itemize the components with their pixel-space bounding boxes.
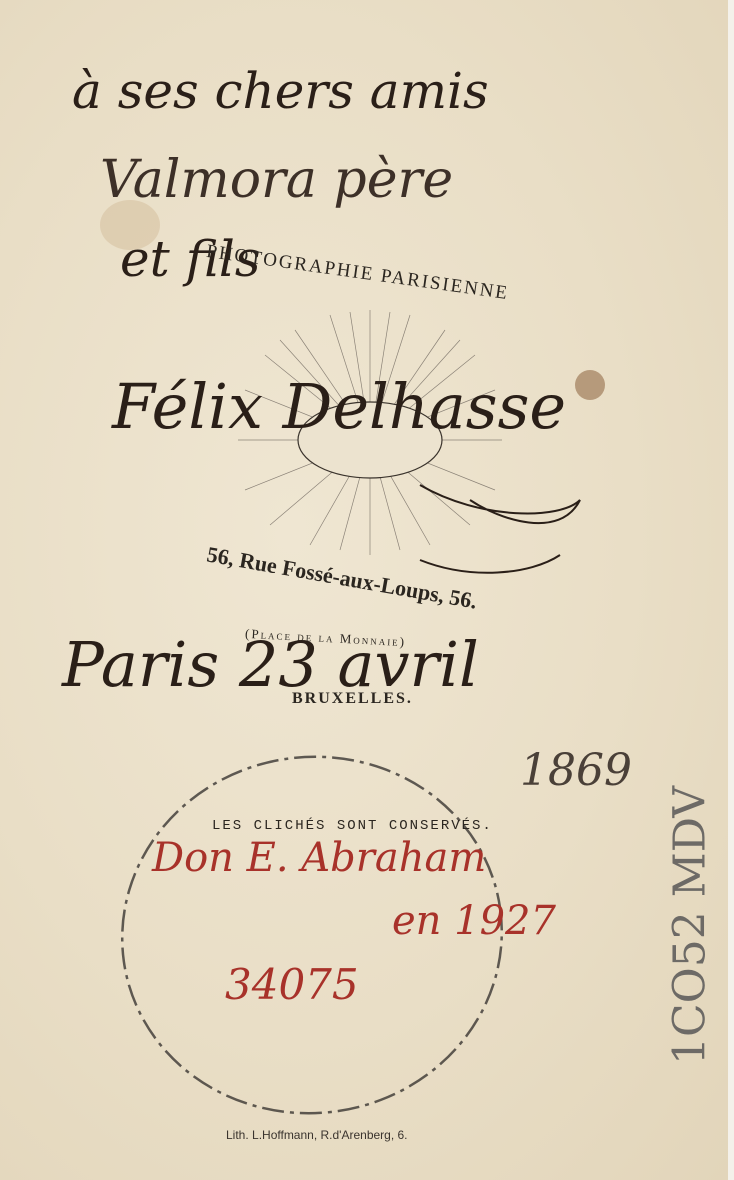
place-date: Paris 23 avril xyxy=(62,628,479,701)
donation-year: en 1927 xyxy=(392,898,556,944)
year: 1869 xyxy=(520,745,632,796)
inventory-number: 34075 xyxy=(225,960,359,1009)
scan-edge xyxy=(728,0,734,1180)
donation-note: Don E. Abraham xyxy=(152,835,486,881)
dedication-line-1: à ses chers amis xyxy=(72,62,489,120)
photo-card-back: à ses chers amis Valmora père et fils PH… xyxy=(0,0,731,1180)
studio-city: BRUXELLES. xyxy=(292,690,413,708)
dedication-line-2: Valmora père xyxy=(100,150,453,210)
negatives-notice: LES CLICHÉS SONT CONSERVÉS. xyxy=(212,818,493,834)
pencil-reference: 1CO52 MDV xyxy=(665,716,716,1136)
signature: Félix Delhasse xyxy=(112,370,566,443)
printer-credit: Lith. L.Hoffmann, R.d'Arenberg, 6. xyxy=(226,1128,408,1142)
